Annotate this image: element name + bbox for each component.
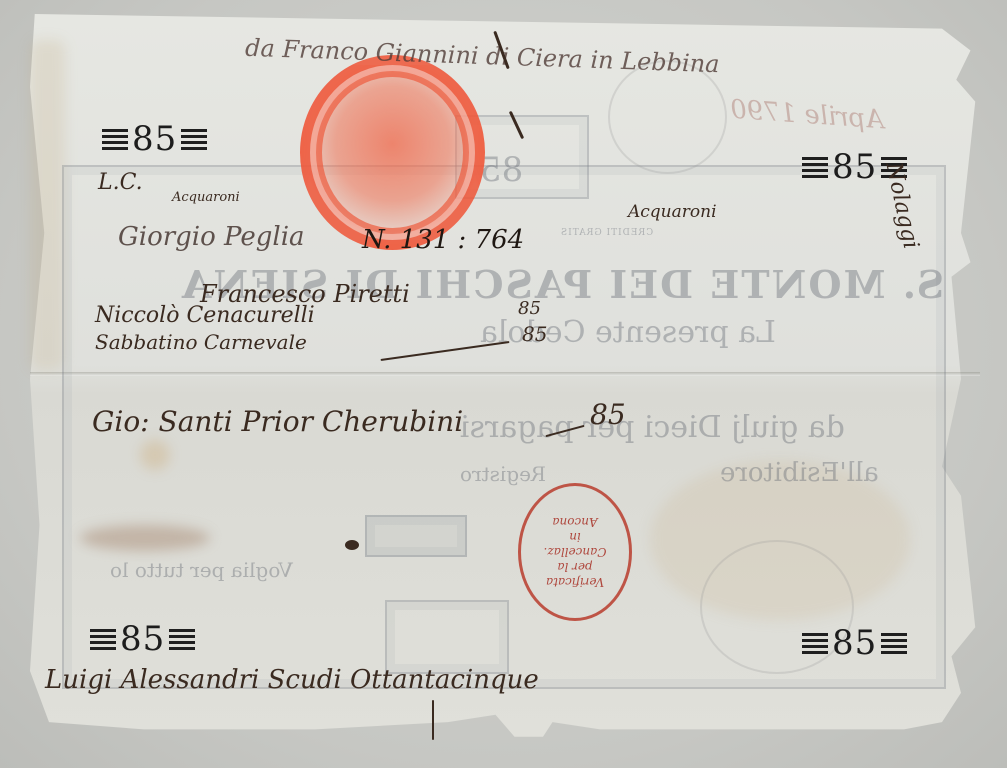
ink-mark bbox=[432, 700, 434, 740]
decorative-bars bbox=[102, 129, 128, 150]
decorative-bars bbox=[90, 629, 116, 650]
handwritten-francesco-amount: 85 bbox=[518, 298, 541, 319]
denomination-value: 85 bbox=[118, 622, 167, 656]
decorative-bars bbox=[802, 633, 828, 654]
stamp-line: in bbox=[569, 530, 581, 545]
handwritten-giorgio: Giorgio Peglia bbox=[118, 222, 305, 252]
denomination-value: 85 bbox=[130, 122, 179, 156]
decorative-bars bbox=[881, 633, 907, 654]
stamp-line: per la bbox=[557, 560, 592, 575]
decorative-bars bbox=[169, 629, 195, 650]
handwritten-sabbatino-amount: 85 bbox=[522, 322, 547, 346]
handwritten-acquaroni-right: Acquaroni bbox=[628, 202, 717, 222]
decorative-bars bbox=[181, 129, 207, 150]
printed-line-2: da giulj Dieci per pagarsi bbox=[460, 410, 845, 445]
stamp-line: Ancona bbox=[552, 515, 597, 530]
printed-small-heading: CREDITI GRATIS bbox=[560, 228, 653, 238]
denomination-badge-bottom-right: 85 bbox=[800, 626, 909, 660]
stamp-line: Cancellaz. bbox=[544, 545, 607, 560]
printed-line-3: all'Esibitore bbox=[720, 458, 879, 488]
handwritten-number-ref: N. 131 : 764 bbox=[362, 225, 524, 255]
denomination-value: 85 bbox=[830, 626, 879, 660]
stamp-line: Verificata bbox=[546, 575, 604, 590]
handwritten-luigi: Luigi Alessandri Scudi Ottantacinque bbox=[45, 665, 539, 695]
decorative-bars bbox=[802, 157, 828, 178]
printed-bottom-box bbox=[385, 600, 509, 674]
printed-line-5: Voglia per tutto lo bbox=[110, 558, 293, 582]
denomination-badge-top-left: 85 bbox=[100, 122, 209, 156]
printed-line-4: Registro bbox=[460, 462, 546, 486]
handwritten-giosanti-amount: 85 bbox=[590, 398, 626, 431]
printed-small-box bbox=[365, 515, 467, 557]
handwritten-lc: L.C. bbox=[98, 170, 143, 195]
denomination-badge-bottom-left: 85 bbox=[88, 622, 197, 656]
denomination-value: 85 bbox=[830, 150, 879, 184]
handwritten-sabbatino: Sabbatino Carnevale bbox=[95, 330, 307, 354]
red-wax-seal-stamp bbox=[300, 55, 485, 250]
ink-blot bbox=[345, 540, 359, 550]
stain bbox=[30, 40, 65, 370]
verification-stamp: Verificata per la Cancellaz. in Ancona bbox=[518, 483, 632, 621]
handwritten-acquaroni-left: Acquaroni bbox=[172, 190, 240, 205]
handwritten-niccolo: Niccolò Cenacurelli bbox=[95, 303, 315, 328]
handwritten-giosanti: Gio: Santi Prior Cherubini bbox=[92, 405, 463, 438]
printed-serial-ghost: 85 bbox=[480, 150, 523, 190]
